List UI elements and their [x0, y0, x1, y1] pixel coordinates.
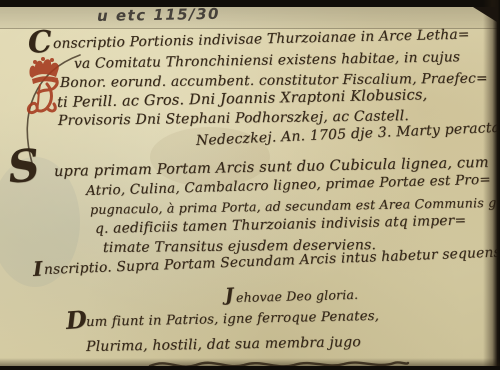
- photo-bottom-border: [0, 366, 500, 370]
- page-bottom-shadow: [0, 358, 500, 366]
- manuscript-line: va Comitatu Thronchiniensi existens habi…: [74, 51, 460, 72]
- manuscript-line: Plurima, hostili, dat sua membra jugo: [86, 335, 361, 354]
- manuscript-paper: u etc 115/30 C onscriptio Portionis indi…: [0, 7, 497, 366]
- drop-initial-s: S: [6, 144, 42, 191]
- manuscript-scan: u etc 115/30 C onscriptio Portionis indi…: [0, 0, 500, 370]
- drop-initial-j: J: [225, 287, 235, 305]
- archival-note: u etc 115/30: [97, 7, 220, 24]
- page-top-edge: [0, 7, 497, 29]
- manuscript-line: um fiunt in Patrios, igne ferroque Penat…: [86, 310, 379, 329]
- page-corner-fold: [473, 7, 497, 22]
- drop-initial-d: D: [65, 308, 88, 333]
- page-right-edge: [483, 0, 500, 370]
- manuscript-line: ehovae Deo gloria.: [236, 289, 359, 305]
- photo-top-border: [0, 0, 500, 7]
- manuscript-line: q. aedificiis tamen Thurzoianis indivisi…: [95, 215, 467, 237]
- manuscript-line: onscriptio Portionis indivisae Thurzoian…: [53, 29, 470, 52]
- drop-initial-c: C: [27, 27, 53, 59]
- manuscript-line: ti Perill. ac Gros. Dni Joannis Xraptoni…: [57, 88, 428, 110]
- drop-initial-i: I: [32, 259, 43, 279]
